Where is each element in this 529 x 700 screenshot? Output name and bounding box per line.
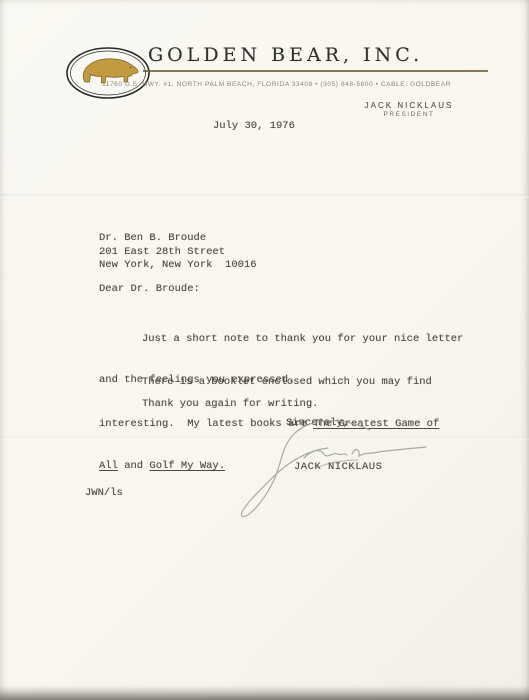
letterhead-address: 11760 U.S. HWY. #1, NORTH PALM BEACH, FL… xyxy=(102,81,492,88)
officer-name: JACK NICKLAUS xyxy=(345,101,473,110)
paragraph-1-line-1: Just a short note to thank you for your … xyxy=(99,333,463,347)
recipient-block: Dr. Ben B. Broude 201 East 28th Street N… xyxy=(99,232,257,273)
paragraph-2-line-1: There is a booklet enclosed which you ma… xyxy=(99,375,439,389)
officer-block: JACK NICKLAUS PRESIDENT xyxy=(345,101,473,118)
book-title-greatest-game-cont: All xyxy=(99,460,118,472)
paragraph-2-line-3: All and Golf My Way. xyxy=(99,459,439,473)
letterhead-rule xyxy=(143,70,488,72)
scanned-letter-page: GOLDEN BEAR, INC. 11760 U.S. HWY. #1, NO… xyxy=(0,0,529,700)
bear-silhouette xyxy=(83,59,138,83)
scan-bottom-shadow xyxy=(0,686,529,700)
salutation: Dear Dr. Broude: xyxy=(99,283,200,297)
company-name: GOLDEN BEAR, INC. xyxy=(148,44,423,66)
book-title-golf-my-way: Golf My Way. xyxy=(149,460,225,472)
closing: Sincerely, xyxy=(286,417,349,431)
golden-bear-in-oval-icon xyxy=(65,46,151,100)
officer-title: PRESIDENT xyxy=(345,111,473,118)
paragraph-2-line-3-plain: and xyxy=(118,460,150,472)
paragraph-2-line-2: interesting. My latest books are The Gre… xyxy=(99,417,439,431)
paragraph-2-line-2-plain: interesting. My latest books are xyxy=(99,418,313,430)
recipient-street: 201 East 28th Street xyxy=(99,246,257,260)
letter-date: July 30, 1976 xyxy=(213,120,295,134)
signature-typed-name: JACK NICKLAUS xyxy=(294,461,382,475)
paragraph-2: There is a booklet enclosed which you ma… xyxy=(99,347,439,501)
recipient-name: Dr. Ben B. Broude xyxy=(99,232,257,246)
paragraph-3: Thank you again for writing. xyxy=(99,398,318,412)
fold-crease-top xyxy=(0,194,529,198)
recipient-city: New York, New York 10016 xyxy=(99,259,257,273)
typist-initials: JWN/ls xyxy=(85,487,123,501)
golden-bear-logo xyxy=(65,46,151,100)
